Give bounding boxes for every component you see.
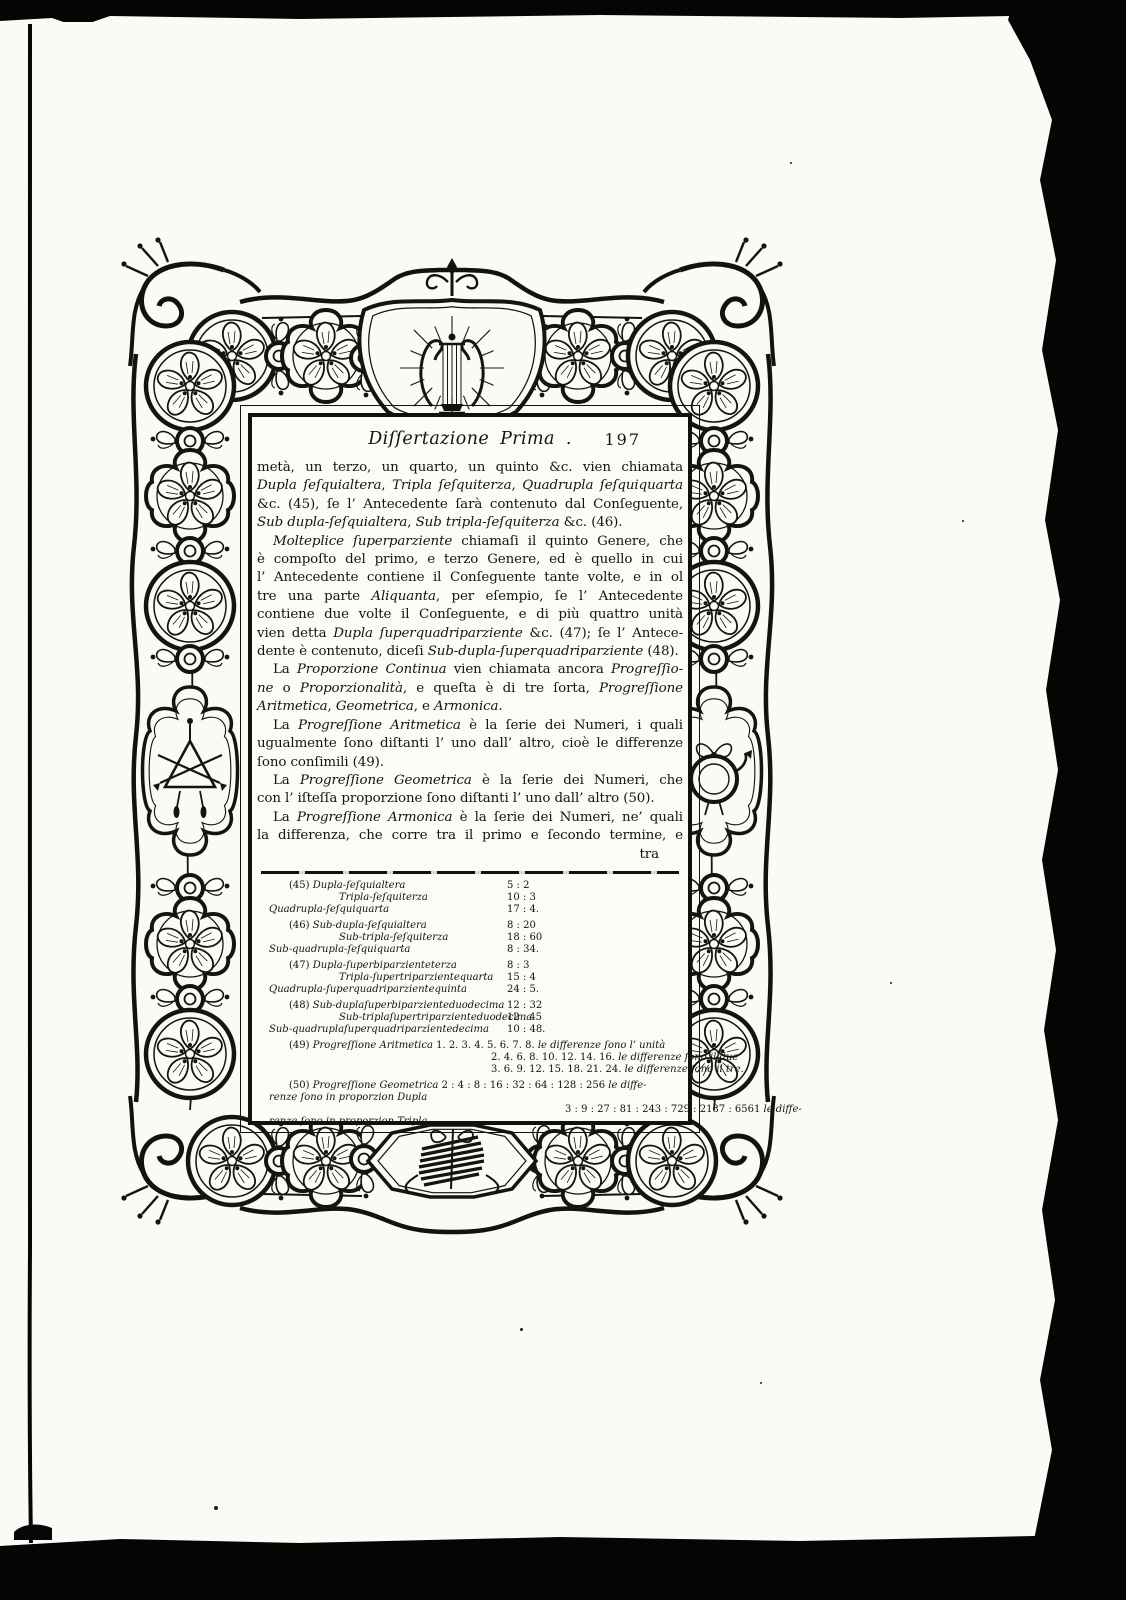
paper-speck [790,162,792,164]
gutter-line [0,0,1126,1600]
scanned-book-page: { "document": { "header": { "title": "Di… [0,0,1126,1600]
paper-speck [520,1328,523,1331]
paper-speck [890,982,892,984]
paper-speck [214,1506,218,1510]
paper-speck [760,1382,762,1384]
paper-speck [962,520,964,522]
